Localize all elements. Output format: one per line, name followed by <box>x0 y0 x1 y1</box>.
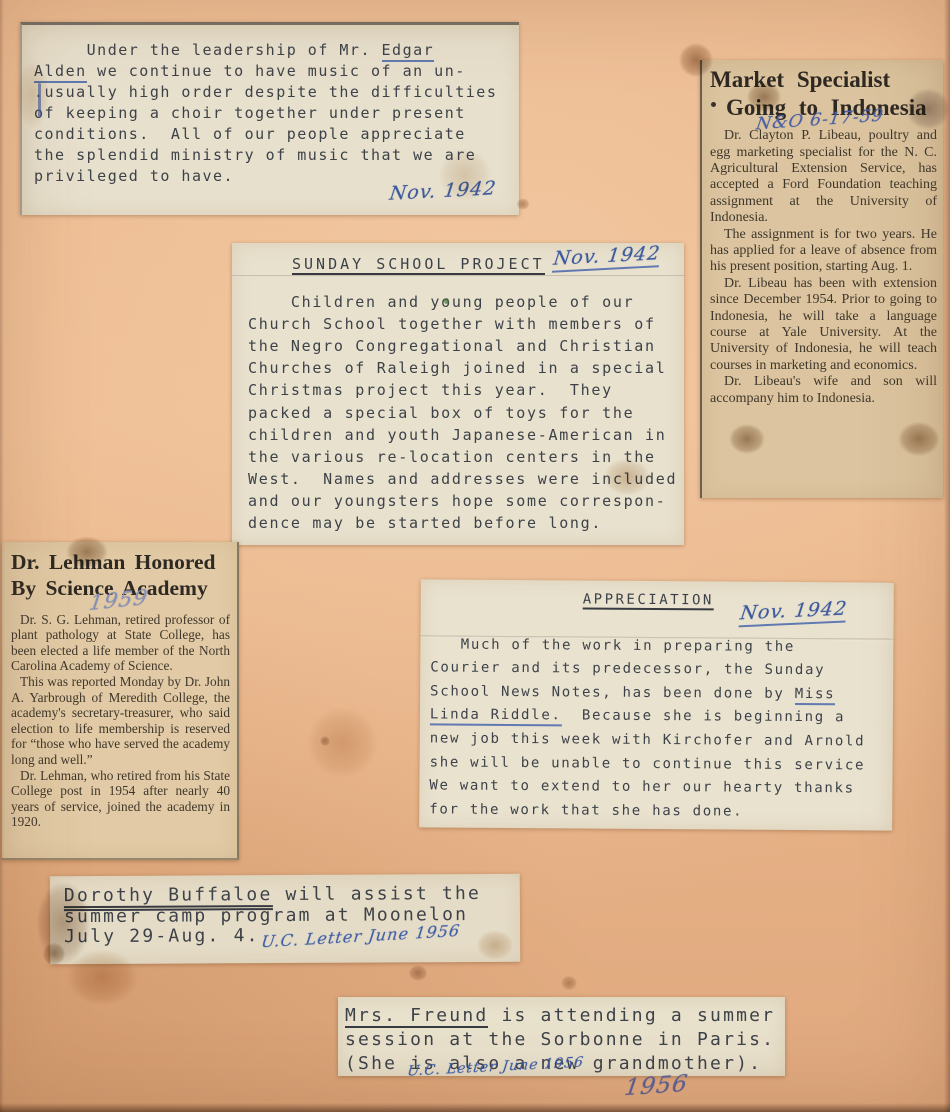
clipping-line: Much of the work in preparing the <box>430 633 893 660</box>
handwritten-year-page: 1956 <box>623 1071 690 1101</box>
headline-line-1: Dr. Lehman Honored <box>11 550 230 576</box>
handwritten-date: Nov. 1942 <box>739 598 849 626</box>
text-run: will assist the <box>272 883 481 905</box>
clipping-line: We want to extend to her our hearty than… <box>429 775 892 802</box>
clipping-heading: APPRECIATION <box>583 591 714 610</box>
clipping-line: children and youth Japanese-American in <box>248 424 684 446</box>
paragraph: Dr. Clayton P. Libeau, poultry and egg m… <box>710 128 937 226</box>
clipping-line: Alden we continue to have music of an un… <box>34 61 519 82</box>
clipping-line: Children and young people of our <box>248 291 684 313</box>
clipping-dorothy-buffaloe: Dorothy Buffaloe will assist the summer … <box>50 874 520 964</box>
text-run: School News Notes, has been done by <box>430 683 795 702</box>
paragraph: Dr. Lehman, who retired from his State C… <box>11 768 230 830</box>
clipping-line: Churches of Raleigh joined in a special <box>248 357 684 379</box>
clipping-line: Courier and its predecessor, the Sunday <box>430 657 893 684</box>
text-run: Under the leadership of Mr. <box>34 41 382 59</box>
clipping-line: for the work that she has done. <box>429 798 892 825</box>
ink-speck <box>444 298 449 304</box>
clipping-line: the splendid ministry of music that we a… <box>34 145 519 166</box>
stain <box>295 695 390 790</box>
clipping-sunday-school-project: SUNDAY SCHOOL PROJECT Nov. 1942 Children… <box>232 243 684 545</box>
clipping-line: the various re-location centers in the <box>248 446 684 468</box>
handwritten-date-text: Nov. 1942 <box>738 598 848 628</box>
clipping-line: of keeping a choir together under presen… <box>34 103 519 124</box>
clipping-line: Mrs. Freund is attending a summer <box>345 1004 785 1028</box>
clipping-line: Under the leadership of Mr. Edgar <box>34 40 519 61</box>
article-body: Dr. Clayton P. Libeau, poultry and egg m… <box>710 128 937 407</box>
clipping-line: Church School together with members of <box>248 313 684 335</box>
clipping-heading: SUNDAY SCHOOL PROJECT <box>292 255 545 275</box>
stain <box>558 973 580 993</box>
clipping-line: the Negro Congregational and Christian <box>248 335 684 357</box>
clipping-market-specialist: Market Specialist Going to Indonesia N&O… <box>700 60 943 498</box>
clipping-body: Children and young people of our Church … <box>248 291 684 534</box>
clipping-line: packed a special box of toys for the <box>248 402 684 424</box>
page-bottom-edge <box>0 1103 950 1112</box>
page-right-edge <box>944 0 950 1112</box>
clipping-line: Linda Riddle. Because she is beginning a <box>430 704 893 731</box>
clipping-line: and our youngsters hope some correspon- <box>248 490 684 512</box>
clipping-appreciation: APPRECIATION Nov. 1942 Much of the work … <box>419 579 894 830</box>
clipping-line: School News Notes, has been done by Miss <box>430 680 893 707</box>
clipping-mrs-freund: Mrs. Freund is attending a summer sessio… <box>338 997 785 1076</box>
ink-dot <box>711 102 716 107</box>
stain <box>318 734 332 748</box>
handwritten-date: Nov. 1942 <box>552 242 662 270</box>
clipping-line: session at the Sorbonne in Paris. <box>345 1028 785 1052</box>
article-body: Dr. S. G. Lehman, retired professor of p… <box>11 612 230 830</box>
clipping-body: Much of the work in preparing the Courie… <box>429 633 893 825</box>
clipping-line: conditions. All of our people appreciate <box>34 124 519 145</box>
stain <box>405 962 431 984</box>
paragraph: This was reported Monday by Dr. John A. … <box>11 674 230 768</box>
text-run: we continue to have music of an un- <box>87 62 466 80</box>
scrapbook-page: Under the leadership of Mr. Edgar Alden … <box>0 0 950 1112</box>
paragraph: The assignment is for two years. He has … <box>710 227 937 276</box>
handwritten-date: Nov. 1942 <box>388 178 497 205</box>
underlined-name: Miss <box>795 686 836 705</box>
paragraph: Dr. Libeau has been with extension since… <box>710 276 937 374</box>
paragraph: Dr. S. G. Lehman, retired professor of p… <box>11 612 230 674</box>
clipping-line: .usually high order despite the difficul… <box>34 82 519 103</box>
headline-line-1: Market Specialist <box>710 66 937 94</box>
clipping-line: she will be unable to continue this serv… <box>430 751 893 778</box>
underlined-name: Linda Riddle. <box>430 707 562 727</box>
underlined-name: Edgar <box>382 41 435 62</box>
clipping-choir-note: Under the leadership of Mr. Edgar Alden … <box>20 22 519 215</box>
clipping-line: Christmas project this year. They <box>248 379 684 401</box>
clipping-line: new job this week with Kirchofer and Arn… <box>430 727 893 754</box>
text-run: Because she is beginning a <box>562 708 846 726</box>
paragraph: Dr. Libeau's wife and son will accompany… <box>710 374 937 407</box>
clipping-lehman-honored: Dr. Lehman Honored By Science Academy 19… <box>2 542 239 860</box>
text-run: is attending a summer <box>488 1005 775 1026</box>
clipping-line: West. Names and addresses were included <box>248 468 684 490</box>
handwritten-year: 1959 <box>88 585 150 615</box>
paper-crease <box>232 275 684 277</box>
clipping-line: dence may be started before long. <box>248 512 684 534</box>
pen-stray-mark <box>38 83 41 117</box>
underlined-name: Mrs. Freund <box>345 1005 488 1028</box>
underlined-name: Alden <box>34 62 87 83</box>
